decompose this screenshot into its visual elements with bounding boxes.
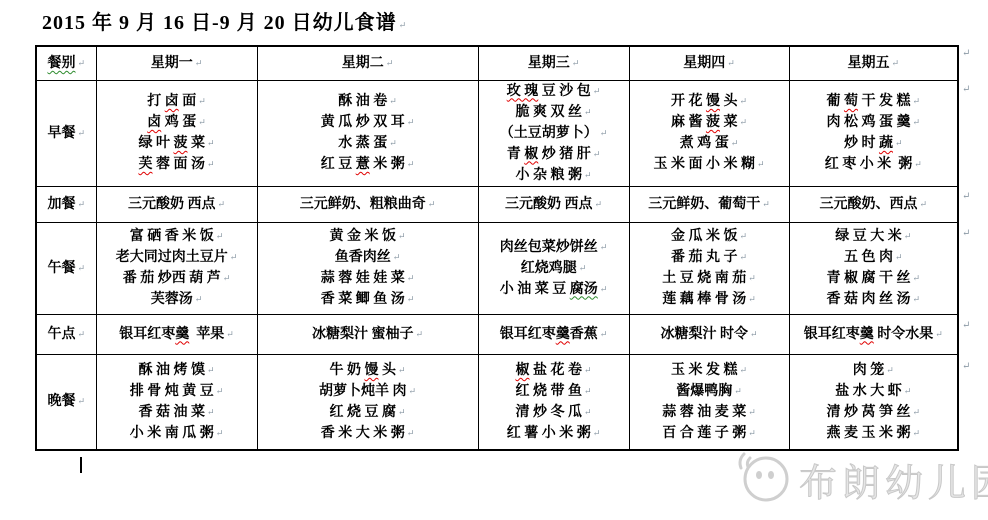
menu-row: 早餐↵打 卤 面↵卤 鸡 蛋↵绿 叶 菠 菜↵芙 蓉 面 汤↵酥 油 卷↵黄 瓜… (36, 80, 958, 186)
row-label-cell: 午餐↵ (36, 222, 96, 314)
menu-row: 午点↵银耳红枣羹 苹果↵冰糖梨汁 蜜柚子↵银耳红枣羹香蕉↵冰糖梨汁 时令↵银耳红… (36, 314, 958, 354)
paragraph-mark-icon: ↵ (77, 128, 85, 138)
paragraph-mark-icon: ↵ (216, 428, 224, 438)
menu-line: 冰糖梨汁 蜜柚子↵ (260, 324, 476, 345)
spellcheck-green-underline: 腐汤 (570, 282, 598, 297)
header-cell-weekday: 星期一↵ (96, 46, 257, 80)
row-end-paragraph-mark-icon: ↵ (962, 191, 970, 202)
paragraph-mark-icon: ↵ (593, 428, 601, 438)
paragraph-mark-icon: ↵ (584, 107, 592, 117)
menu-line: 香 米 大 米 粥↵ (260, 423, 476, 444)
paragraph-mark-icon: ↵ (584, 170, 592, 180)
menu-line: 三元鲜奶、葡萄干↵ (632, 194, 787, 215)
paragraph-mark-icon: ↵ (216, 231, 224, 241)
paragraph-mark-icon: ↵ (389, 138, 397, 148)
paragraph-mark-icon: ↵ (407, 428, 415, 438)
paragraph-mark-icon: ↵ (762, 199, 770, 209)
menu-line: 清 炒 莴 笋 丝↵ (792, 402, 956, 423)
paragraph-mark-icon: ↵ (386, 58, 394, 68)
menu-cell: 椒 盐 花 卷↵红 烧 带 鱼↵清 炒 冬 瓜↵红 薯 小 米 粥↵ (478, 354, 629, 450)
menu-cell: 黄 金 米 饭↵鱼香肉丝↵蒜 蓉 娃 娃 菜↵香 菜 鲫 鱼 汤↵ (257, 222, 478, 314)
menu-line: 青 椒 腐 干 丝↵ (792, 268, 956, 289)
paragraph-mark-icon: ↵ (207, 407, 215, 417)
menu-line: 炒 时 蔬↵ (792, 133, 956, 154)
page-title-text: 2015 年 9 月 16 日-9 月 20 日幼儿食谱 (42, 12, 397, 34)
text-cursor-caret[interactable] (80, 457, 82, 473)
menu-cell: 三元酸奶、西点↵ (789, 186, 958, 222)
menu-table: 餐别↵星期一↵星期二↵星期三↵星期四↵星期五↵ 早餐↵打 卤 面↵卤 鸡 蛋↵绿… (35, 45, 959, 451)
paragraph-mark-icon: ↵ (600, 329, 608, 339)
paragraph-mark-icon: ↵ (579, 263, 587, 273)
menu-cell: 牛 奶 馒 头↵胡萝卜炖羊 肉↵红 烧 豆 腐↵香 米 大 米 粥↵ (257, 354, 478, 450)
spellcheck-red-underline: 馒 (364, 363, 378, 378)
spellcheck-red-underline: 羹 (175, 327, 189, 342)
paragraph-mark-icon: ↵ (407, 117, 415, 127)
menu-line: 番 茄 丸 子↵ (632, 247, 787, 268)
menu-line: 麻 酱 菠 菜↵ (632, 112, 787, 133)
menu-line: 绿 叶 菠 菜↵ (99, 133, 255, 154)
paragraph-mark-icon: ↵ (739, 231, 747, 241)
row-label-cell: 早餐↵ (36, 80, 96, 186)
spellcheck-red-underline: 菠 (173, 136, 187, 151)
menu-line: 香 菇 肉 丝 汤↵ (792, 289, 956, 310)
paragraph-mark-icon: ↵ (895, 138, 903, 148)
row-end-paragraph-mark-icon: ↵ (962, 320, 970, 331)
spellcheck-red-underline: 芙 (138, 157, 152, 172)
menu-cell: 玫 瑰 豆 沙 包↵脆 爽 双 丝↵（土豆胡萝卜）↵青 椒 炒 猪 肝↵小 杂 … (478, 80, 629, 186)
menu-line: 水 蒸 蛋↵ (260, 133, 476, 154)
paragraph-mark-icon: ↵ (230, 252, 238, 262)
menu-line: 五 色 肉↵ (792, 247, 956, 268)
paragraph-mark-icon: ↵ (600, 128, 608, 138)
paragraph-mark-icon: ↵ (912, 96, 920, 106)
paragraph-mark-icon: ↵ (739, 117, 747, 127)
header-cell-weekday: 星期五↵ (789, 46, 958, 80)
header-cell-weekday: 星期三↵ (478, 46, 629, 80)
menu-cell: 富 硒 香 米 饭↵老大同过肉土豆片↵番 茄 炒西 葫 芦↵芙蓉汤↵ (96, 222, 257, 314)
paragraph-mark-icon: ↵ (886, 365, 894, 375)
paragraph-mark-icon: ↵ (584, 407, 592, 417)
menu-cell: 玉 米 发 糕↵酱爆鸭胸↵蒜 蓉 油 麦 菜↵百 合 莲 子 粥↵ (629, 354, 789, 450)
menu-line: 三元酸奶 西点↵ (481, 194, 627, 215)
paragraph-mark-icon: ↵ (398, 407, 406, 417)
paragraph-mark-icon: ↵ (739, 252, 747, 262)
menu-line: 肉丝包菜炒饼丝↵ (481, 237, 627, 258)
menu-line: 星期一↵ (99, 54, 255, 73)
paragraph-mark-icon: ↵ (935, 329, 943, 339)
paragraph-mark-icon: ↵ (407, 294, 415, 304)
menu-line: 芙 蓉 面 汤↵ (99, 154, 255, 175)
menu-line: 黄 金 米 饭↵ (260, 226, 476, 247)
paragraph-mark-icon: ↵ (912, 117, 920, 127)
paragraph-mark-icon: ↵ (77, 263, 85, 273)
menu-line: 椒 盐 花 卷↵ (481, 360, 627, 381)
menu-line: 脆 爽 双 丝↵ (481, 102, 627, 123)
menu-line: 银耳红枣羹 苹果↵ (99, 324, 255, 345)
spellcheck-red-underline: 羹 (860, 327, 874, 342)
menu-cell: 开 花 馒 头↵麻 酱 菠 菜↵煮 鸡 蛋↵玉 米 面 小 米 糊↵ (629, 80, 789, 186)
paragraph-mark-icon: ↵ (407, 159, 415, 169)
spellcheck-red-underline: 卤 (165, 94, 179, 109)
spellcheck-red-underline: 馒 (706, 94, 720, 109)
menu-line: 三元酸奶、西点↵ (792, 194, 956, 215)
paragraph-mark-icon: ↵ (593, 86, 601, 96)
menu-line: 煮 鸡 蛋↵ (632, 133, 787, 154)
menu-line: 小 杂 粮 粥↵ (481, 165, 627, 186)
paragraph-mark-icon: ↵ (398, 231, 406, 241)
menu-line: 加餐↵ (39, 195, 94, 214)
spellcheck-red-underline: 菠 (706, 115, 720, 130)
menu-line: 晚餐↵ (39, 392, 94, 411)
menu-line: 卤 鸡 蛋↵ (99, 112, 255, 133)
paragraph-mark-icon: ↵ (389, 96, 397, 106)
menu-line: 牛 奶 馒 头↵ (260, 360, 476, 381)
spellcheck-red-underline: 薏 (356, 157, 370, 172)
menu-line: 百 合 莲 子 粥↵ (632, 423, 787, 444)
menu-line: 黄 瓜 炒 双 耳↵ (260, 112, 476, 133)
paragraph-mark-icon: ↵ (914, 159, 922, 169)
paragraph-mark-icon: ↵ (584, 386, 592, 396)
paragraph-mark-icon: ↵ (195, 294, 203, 304)
paragraph-mark-icon: ↵ (216, 386, 224, 396)
menu-line: 清 炒 冬 瓜↵ (481, 402, 627, 423)
menu-line: 星期二↵ (260, 54, 476, 73)
menu-line: 红 枣 小 米 粥↵ (792, 154, 956, 175)
menu-cell: 肉丝包菜炒饼丝↵红烧鸡腿↵小 油 菜 豆 腐汤↵ (478, 222, 629, 314)
paragraph-mark-icon: ↵ (207, 365, 215, 375)
paragraph-mark-icon: ↵ (415, 329, 423, 339)
menu-line: 富 硒 香 米 饭↵ (99, 226, 255, 247)
menu-line: 午餐↵ (39, 259, 94, 278)
menu-line: 三元酸奶 西点↵ (99, 194, 255, 215)
menu-line: 香 菜 鲫 鱼 汤↵ (260, 289, 476, 310)
paragraph-mark-icon: ↵ (757, 159, 765, 169)
smiley-chat-logo-icon (735, 448, 793, 511)
row-label-cell: 午点↵ (36, 314, 96, 354)
menu-line: 燕 麦 玉 米 粥↵ (792, 423, 956, 444)
menu-line: 蒜 蓉 油 麦 菜↵ (632, 402, 787, 423)
menu-line: 小 米 南 瓜 粥↵ (99, 423, 255, 444)
paragraph-mark-icon: ↵ (584, 365, 592, 375)
paragraph-mark-icon: ↵ (748, 428, 756, 438)
menu-line: 蒜 蓉 娃 娃 菜↵ (260, 268, 476, 289)
menu-line: 星期四↵ (632, 54, 787, 73)
paragraph-mark-icon: ↵ (207, 159, 215, 169)
paragraph-mark-icon: ↵ (739, 96, 747, 106)
menu-cell: 银耳红枣羹 时令水果↵ (789, 314, 958, 354)
menu-line: 打 卤 面↵ (99, 91, 255, 112)
paragraph-mark-icon: ↵ (919, 199, 927, 209)
menu-line: 绿 豆 大 米↵ (792, 226, 956, 247)
menu-cell: 冰糖梨汁 时令↵ (629, 314, 789, 354)
menu-line: 莲 藕 棒 骨 汤↵ (632, 289, 787, 310)
menu-line: 香 菇 油 菜↵ (99, 402, 255, 423)
menu-table-header-row: 餐别↵星期一↵星期二↵星期三↵星期四↵星期五↵ (36, 46, 958, 80)
menu-line: 开 花 馒 头↵ (632, 91, 787, 112)
paragraph-mark-icon: ↵ (207, 138, 215, 148)
menu-line: 排 骨 炖 黄 豆↵ (99, 381, 255, 402)
paragraph-mark-icon: ↵ (912, 428, 920, 438)
paragraph-mark-icon: ↵ (748, 273, 756, 283)
menu-cell: 绿 豆 大 米↵五 色 肉↵青 椒 腐 干 丝↵香 菇 肉 丝 汤↵ (789, 222, 958, 314)
menu-line: 肉 松 鸡 蛋 羹↵ (792, 112, 956, 133)
menu-row: 加餐↵三元酸奶 西点↵三元鲜奶、粗粮曲奇↵三元酸奶 西点↵三元鲜奶、葡萄干↵三元… (36, 186, 958, 222)
paragraph-mark-icon: ↵ (407, 273, 415, 283)
menu-line: 餐别↵ (39, 54, 94, 73)
paragraph-mark-icon: ↵ (600, 284, 608, 294)
menu-line: 肉 笼↵ (792, 360, 956, 381)
paragraph-mark-icon: ↵ (594, 199, 602, 209)
menu-line: 玉 米 发 糕↵ (632, 360, 787, 381)
paragraph-mark-icon: ↵ (223, 273, 231, 283)
paragraph-mark-icon: ↵ (198, 96, 206, 106)
paragraph-mark-icon: ↵ (895, 252, 903, 262)
paragraph-mark-icon: ↵ (217, 199, 225, 209)
paragraph-mark-icon: ↵ (912, 407, 920, 417)
paragraph-mark-icon: ↵ (739, 365, 747, 375)
spellcheck-red-underline: 椒 (524, 147, 538, 162)
paragraph-mark-icon: ↵ (77, 58, 85, 68)
paragraph-mark-icon: ↵ (77, 396, 85, 406)
menu-cell: 酥 油 卷↵黄 瓜 炒 双 耳↵水 蒸 蛋↵红 豆 薏 米 粥↵ (257, 80, 478, 186)
menu-cell: 银耳红枣羹 苹果↵ (96, 314, 257, 354)
spellcheck-red-underline: 羹 (556, 327, 570, 342)
menu-line: 午点↵ (39, 325, 94, 344)
menu-cell: 酥 油 烤 馍↵排 骨 炖 黄 豆↵香 菇 油 菜↵小 米 南 瓜 粥↵ (96, 354, 257, 450)
paragraph-mark-icon: ↵ (912, 273, 920, 283)
paragraph-mark-icon: ↵ (748, 294, 756, 304)
watermark: 布朗幼儿园 (735, 448, 988, 511)
spellcheck-red-underline: 萄 (844, 94, 858, 109)
row-end-paragraph-mark-icon: ↵ (962, 361, 970, 372)
row-end-paragraph-mark-icon: ↵ (962, 84, 970, 95)
menu-line: 早餐↵ (39, 124, 94, 143)
menu-line: 鱼香肉丝↵ (260, 247, 476, 268)
menu-line: 盐 水 大 虾↵ (792, 381, 956, 402)
menu-line: 小 油 菜 豆 腐汤↵ (481, 279, 627, 300)
menu-line: 红 豆 薏 米 粥↵ (260, 154, 476, 175)
menu-line: 银耳红枣羹香蕉↵ (481, 324, 627, 345)
spellcheck-green-underline: 餐别 (47, 56, 75, 71)
menu-row: 午餐↵富 硒 香 米 饭↵老大同过肉土豆片↵番 茄 炒西 葫 芦↵芙蓉汤↵黄 金… (36, 222, 958, 314)
spellcheck-red-underline: 卤 (147, 115, 161, 130)
watermark-text: 布朗幼儿园 (799, 452, 988, 507)
row-label-cell: 加餐↵ (36, 186, 96, 222)
menu-line: 芙蓉汤↵ (99, 289, 255, 310)
menu-row: 晚餐↵酥 油 烤 馍↵排 骨 炖 黄 豆↵香 菇 油 菜↵小 米 南 瓜 粥↵牛… (36, 354, 958, 450)
paragraph-mark-icon: ↵ (198, 117, 206, 127)
paragraph-mark-icon: ↵ (226, 329, 234, 339)
row-end-paragraph-mark-icon: ↵ (962, 48, 970, 59)
menu-line: 红 烧 豆 腐↵ (260, 402, 476, 423)
paragraph-mark-icon: ↵ (731, 138, 739, 148)
menu-line: 红烧鸡腿↵ (481, 258, 627, 279)
menu-line: 玉 米 面 小 米 糊↵ (632, 154, 787, 175)
header-cell-weekday: 星期四↵ (629, 46, 789, 80)
menu-line: 红 薯 小 米 粥↵ (481, 423, 627, 444)
paragraph-mark-icon: ↵ (428, 199, 436, 209)
spellcheck-red-underline: 椒 (515, 363, 529, 378)
paragraph-mark-icon: ↵ (750, 329, 758, 339)
menu-line: 土 豆 烧 南 茄↵ (632, 268, 787, 289)
menu-line: 老大同过肉土豆片↵ (99, 247, 255, 268)
paragraph-mark-icon: ↵ (734, 386, 742, 396)
menu-cell: 三元酸奶 西点↵ (96, 186, 257, 222)
menu-line: 三元鲜奶、粗粮曲奇↵ (260, 194, 476, 215)
menu-cell: 冰糖梨汁 蜜柚子↵ (257, 314, 478, 354)
paragraph-mark-icon: ↵ (891, 58, 899, 68)
paragraph-mark-icon: ↵ (912, 294, 920, 304)
paragraph-mark-icon: ↵ (398, 365, 406, 375)
menu-cell: 三元酸奶 西点↵ (478, 186, 629, 222)
paragraph-mark-icon: ↵ (399, 20, 408, 30)
menu-cell: 三元鲜奶、粗粮曲奇↵ (257, 186, 478, 222)
paragraph-mark-icon: ↵ (572, 58, 580, 68)
menu-cell: 三元鲜奶、葡萄干↵ (629, 186, 789, 222)
paragraph-mark-icon: ↵ (904, 231, 912, 241)
paragraph-mark-icon: ↵ (600, 242, 608, 252)
menu-line: 星期三↵ (481, 54, 627, 73)
menu-line: 玫 瑰 豆 沙 包↵ (481, 81, 627, 102)
menu-cell: 肉 笼↵盐 水 大 虾↵清 炒 莴 笋 丝↵燕 麦 玉 米 粥↵ (789, 354, 958, 450)
menu-line: 酥 油 烤 馍↵ (99, 360, 255, 381)
word-document-page: 2015 年 9 月 16 日-9 月 20 日幼儿食谱↵ 餐别↵星期一↵星期二… (0, 0, 988, 520)
menu-table-body: 早餐↵打 卤 面↵卤 鸡 蛋↵绿 叶 菠 菜↵芙 蓉 面 汤↵酥 油 卷↵黄 瓜… (36, 80, 958, 450)
header-cell-weekday: 星期二↵ (257, 46, 478, 80)
menu-line: 葡 萄 干 发 糕↵ (792, 91, 956, 112)
paragraph-mark-icon: ↵ (77, 199, 85, 209)
menu-cell: 打 卤 面↵卤 鸡 蛋↵绿 叶 菠 菜↵芙 蓉 面 汤↵ (96, 80, 257, 186)
paragraph-mark-icon: ↵ (748, 407, 756, 417)
menu-line: 银耳红枣羹 时令水果↵ (792, 324, 956, 345)
menu-line: 青 椒 炒 猪 肝↵ (481, 144, 627, 165)
menu-line: 酱爆鸭胸↵ (632, 381, 787, 402)
spellcheck-red-underline: 玫 瑰 (507, 84, 539, 99)
menu-line: 胡萝卜炖羊 肉↵ (260, 381, 476, 402)
paragraph-mark-icon: ↵ (727, 58, 735, 68)
menu-line: 红 烧 带 鱼↵ (481, 381, 627, 402)
menu-line: 金 瓜 米 饭↵ (632, 226, 787, 247)
row-label-cell: 晚餐↵ (36, 354, 96, 450)
menu-cell: 银耳红枣羹香蕉↵ (478, 314, 629, 354)
paragraph-mark-icon: ↵ (408, 386, 416, 396)
row-end-paragraph-mark-icon: ↵ (962, 228, 970, 239)
spellcheck-red-underline: 蔬 (879, 136, 893, 151)
menu-line: （土豆胡萝卜）↵ (481, 123, 627, 144)
menu-cell: 金 瓜 米 饭↵番 茄 丸 子↵土 豆 烧 南 茄↵莲 藕 棒 骨 汤↵ (629, 222, 789, 314)
paragraph-mark-icon: ↵ (77, 329, 85, 339)
paragraph-mark-icon: ↵ (904, 386, 912, 396)
menu-line: 番 茄 炒西 葫 芦↵ (99, 268, 255, 289)
page-title: 2015 年 9 月 16 日-9 月 20 日幼儿食谱↵ (42, 6, 407, 35)
paragraph-mark-icon: ↵ (593, 149, 601, 159)
menu-line: 星期五↵ (792, 54, 956, 73)
paragraph-mark-icon: ↵ (393, 252, 401, 262)
header-cell-meal-type: 餐别↵ (36, 46, 96, 80)
paragraph-mark-icon: ↵ (195, 58, 203, 68)
menu-line: 酥 油 卷↵ (260, 91, 476, 112)
menu-line: 冰糖梨汁 时令↵ (632, 324, 787, 345)
menu-cell: 葡 萄 干 发 糕↵肉 松 鸡 蛋 羹↵炒 时 蔬↵红 枣 小 米 粥↵ (789, 80, 958, 186)
